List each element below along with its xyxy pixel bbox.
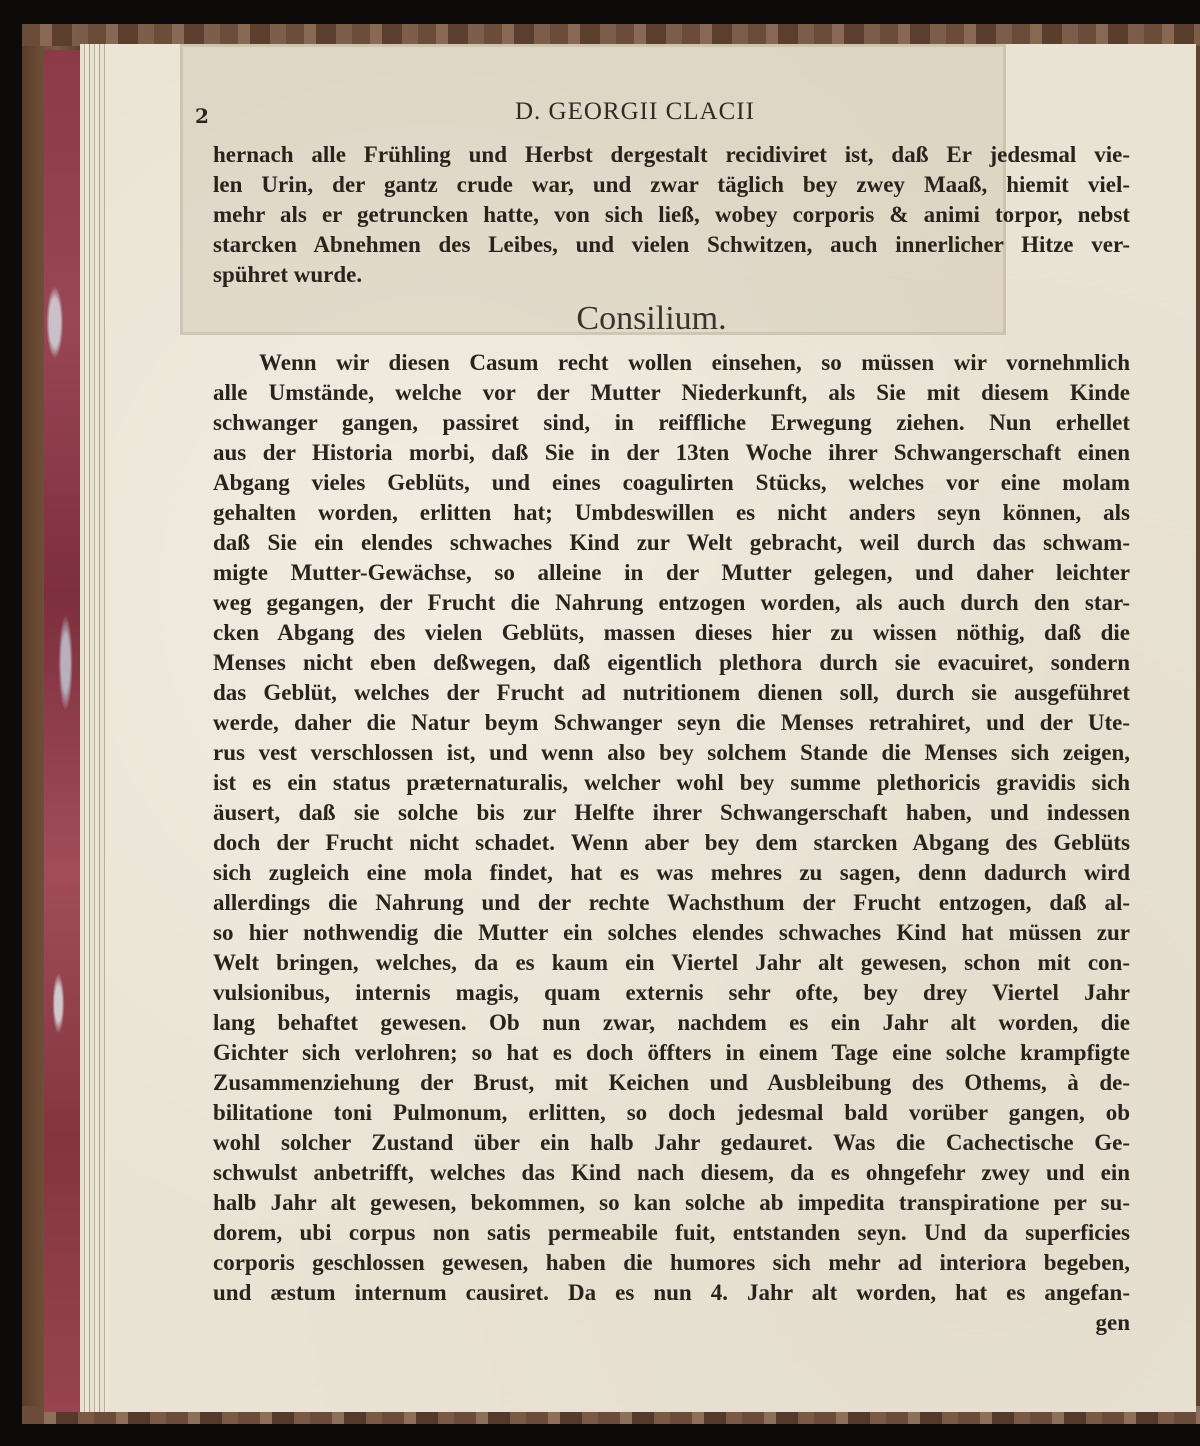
text-line: starcken Abnehmen des Leibes, und vielen… — [213, 230, 1130, 260]
text-line: weg gegangen, der Frucht die Nahrung ent… — [213, 588, 1130, 618]
text-block: hernach alle Frühling und Herbst dergest… — [213, 140, 1130, 1338]
cover-edge-top — [22, 24, 1200, 46]
marbled-endpaper — [44, 50, 80, 1412]
text-line: äusert, daß sie solche bis zur Helfte ih… — [213, 798, 1130, 828]
text-line: lang behaftet gewesen. Ob nun zwar, nach… — [213, 1008, 1130, 1038]
text-line: alle Umstände, welche vor der Mutter Nie… — [213, 378, 1130, 408]
text-line: bilitatione toni Pulmonum, erlitten, so … — [213, 1098, 1130, 1128]
text-line: so hier nothwendig die Mutter ein solche… — [213, 918, 1130, 948]
text-line: sich zugleich eine mola findet, hat es w… — [213, 858, 1130, 888]
text-line: das Geblüt, welches der Frucht ad nutrit… — [213, 678, 1130, 708]
text-line: schwanger gangen, passiret sind, in reif… — [213, 408, 1130, 438]
text-line: Welt bringen, welches, da es kaum ein Vi… — [213, 948, 1130, 978]
text-line: dorem, ubi corpus non satis permeabile f… — [213, 1218, 1130, 1248]
text-line: gehalten worden, erlitten hat; Umbdeswil… — [213, 498, 1130, 528]
text-line: allerdings die Nahrung und der rechte Wa… — [213, 888, 1130, 918]
text-line: Wenn wir diesen Casum recht wollen einse… — [213, 348, 1130, 378]
consilium-paragraph: Wenn wir diesen Casum recht wollen einse… — [213, 348, 1130, 1308]
running-head: D. GEORGII CLACII — [515, 98, 755, 126]
text-line: vulsionibus, internis magis, quam extern… — [213, 978, 1130, 1008]
opening-paragraph: hernach alle Frühling und Herbst dergest… — [213, 140, 1130, 290]
text-line: migte Mutter-Gewächse, so alleine in der… — [213, 558, 1130, 588]
text-line: und æstum internum causiret. Da es nun 4… — [213, 1278, 1130, 1308]
text-line: aus der Historia morbi, daß Sie in der 1… — [213, 438, 1130, 468]
text-line: Menses nicht eben deßwegen, daß eigentli… — [213, 648, 1130, 678]
text-line: spühret wurde. — [213, 260, 1130, 290]
section-heading: Consilium. — [213, 290, 1130, 348]
text-line: wohl solcher Zustand über ein halb Jahr … — [213, 1128, 1130, 1158]
text-line: rus vest verschlossen ist, und wenn also… — [213, 738, 1130, 768]
text-line: schwulst anbetrifft, welches das Kind na… — [213, 1158, 1130, 1188]
catchword: gen — [213, 1308, 1130, 1338]
text-line: cken Abgang des vielen Geblüts, massen d… — [213, 618, 1130, 648]
text-line: Abgang vieles Geblüts, und eines coaguli… — [213, 468, 1130, 498]
text-line: hernach alle Frühling und Herbst dergest… — [213, 140, 1130, 170]
text-line: ist es ein status præternaturalis, welch… — [213, 768, 1130, 798]
text-line: werde, daher die Natur beym Schwanger se… — [213, 708, 1130, 738]
text-line: Gichter sich verlohren; so hat es doch ö… — [213, 1038, 1130, 1068]
text-line: doch der Frucht nicht schadet. Wenn aber… — [213, 828, 1130, 858]
text-line: len Urin, der gantz crude war, und zwar … — [213, 170, 1130, 200]
page-number: 2 — [195, 104, 209, 128]
text-line: halb Jahr alt gewesen, bekommen, so kan … — [213, 1188, 1130, 1218]
text-line: Zusammenziehung der Brust, mit Keichen u… — [213, 1068, 1130, 1098]
text-line: corporis geschlossen gewesen, haben die … — [213, 1248, 1130, 1278]
text-line: daß Sie ein elendes schwaches Kind zur W… — [213, 528, 1130, 558]
page-edges — [80, 44, 110, 1412]
text-line: mehr als er getruncken hatte, von sich l… — [213, 200, 1130, 230]
